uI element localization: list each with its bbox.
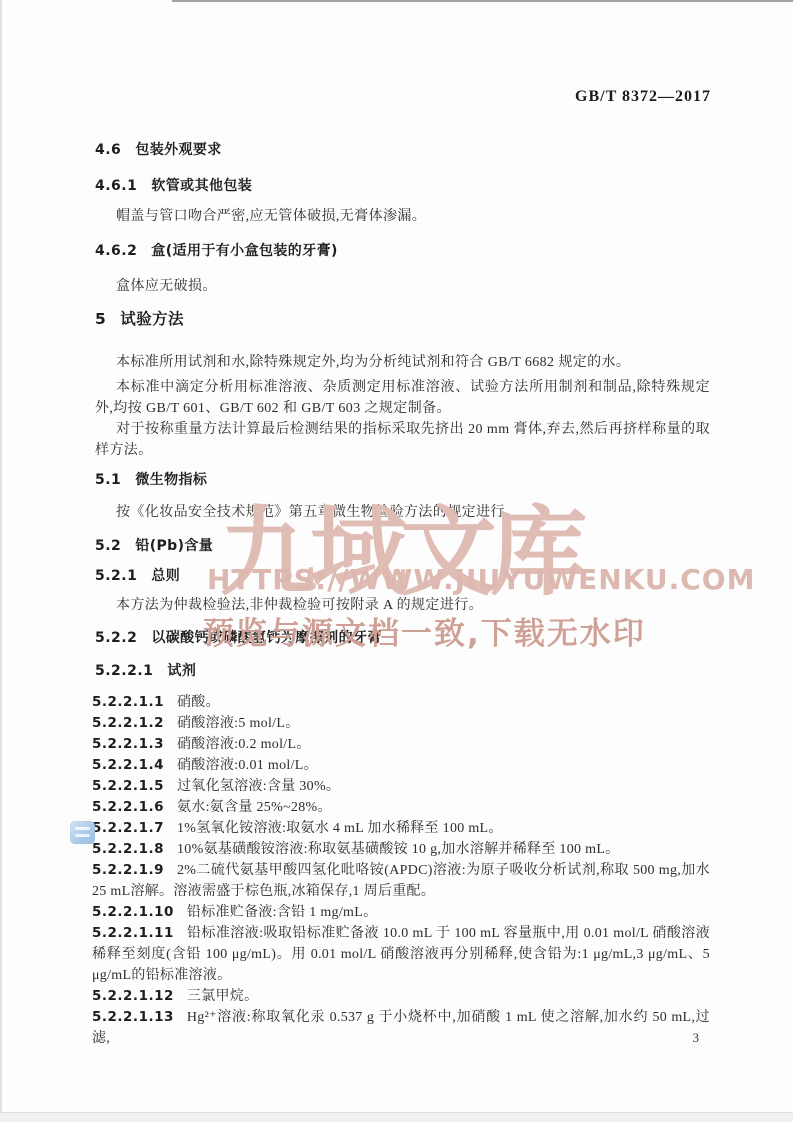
clause-title: 试剂 — [167, 663, 196, 679]
reagent-number: 5.2.2.1.12 — [92, 988, 174, 1004]
reagent-item: 5.2.2.1.71%氢氧化铵溶液:取氨水 4 mL 加水稀释至 100 mL。 — [92, 818, 710, 839]
scan-edge-top — [172, 0, 793, 2]
reagent-text: 铅标准溶液:吸取铅标准贮备液 10.0 mL 于 100 mL 容量瓶中,用 0… — [92, 926, 710, 983]
clause-heading-4-6-1: 4.6.1软管或其他包装 — [95, 176, 710, 196]
paragraph: 本方法为仲裁检验法,非仲裁检验可按附录 A 的规定进行。 — [95, 595, 710, 616]
reagent-number: 5.2.2.1.1 — [92, 694, 164, 710]
reagent-item: 5.2.2.1.6氨水:氨含量 25%~28%。 — [92, 797, 710, 818]
reagent-item: 5.2.2.1.5过氧化氢溶液:含量 30%。 — [92, 776, 710, 797]
document-page: 九域文库 HTTPS://WWW.JIUYUWENKU.COM 预览与源文档一致… — [0, 0, 793, 1122]
reagent-text: 过氧化氢溶液:含量 30%。 — [177, 779, 340, 794]
reagent-text: 1%氢氧化铵溶液:取氨水 4 mL 加水稀释至 100 mL。 — [177, 821, 503, 836]
page-number: 3 — [693, 1030, 700, 1046]
clause-title: 总则 — [151, 568, 180, 584]
reagent-number: 5.2.2.1.13 — [92, 1009, 174, 1025]
annotation-marker-line — [75, 834, 90, 837]
clause-number: 4.6 — [95, 140, 121, 160]
clause-number: 4.6.1 — [95, 176, 137, 196]
reagent-item: 5.2.2.1.13Hg²⁺溶液:称取氧化汞 0.537 g 于小烧杯中,加硝酸… — [92, 1007, 710, 1049]
reagent-item: 5.2.2.1.12三氯甲烷。 — [92, 986, 710, 1007]
clause-heading-5-1: 5.1微生物指标 — [95, 470, 710, 490]
reagent-text: 硝酸溶液:5 mol/L。 — [177, 716, 300, 731]
clause-title: 铅(Pb)含量 — [135, 538, 213, 554]
standard-code-header: GB/T 8372—2017 — [575, 88, 711, 106]
clause-title: 软管或其他包装 — [151, 178, 252, 194]
reagent-item: 5.2.2.1.1硝酸。 — [92, 692, 710, 713]
reagent-text: 2%二硫代氨基甲酸四氢化吡咯铵(APDC)溶液:为原子吸收分析试剂,称取 500… — [92, 863, 710, 899]
paragraph: 盒体应无破损。 — [95, 276, 710, 297]
reagent-number: 5.2.2.1.5 — [92, 778, 164, 794]
reagent-text: 硝酸溶液:0.2 mol/L。 — [177, 737, 311, 752]
reagent-item: 5.2.2.1.2硝酸溶液:5 mol/L。 — [92, 713, 710, 734]
reagent-item: 5.2.2.1.11铅标准溶液:吸取铅标准贮备液 10.0 mL 于 100 m… — [92, 923, 710, 986]
clause-number: 5 — [95, 309, 106, 329]
reagent-text: 10%氨基磺酸铵溶液:称取氨基磺酸铵 10 g,加水溶解并稀释至 100 mL。 — [177, 842, 620, 857]
reagent-number: 5.2.2.1.3 — [92, 736, 164, 752]
paragraph: 对于按称重量方法计算最后检测结果的指标采取先挤出 20 mm 膏体,弃去,然后再… — [95, 419, 710, 461]
reagent-text: 三氯甲烷。 — [187, 989, 259, 1004]
reagent-item: 5.2.2.1.92%二硫代氨基甲酸四氢化吡咯铵(APDC)溶液:为原子吸收分析… — [92, 860, 710, 902]
clause-number: 5.2.2.1 — [95, 661, 153, 681]
reagent-number: 5.2.2.1.11 — [92, 925, 174, 941]
clause-heading-4-6: 4.6包装外观要求 — [95, 140, 710, 160]
clause-heading-5-2-2: 5.2.2以碳酸钙或磷酸氢钙为摩擦剂的牙膏 — [95, 628, 710, 648]
reagent-number: 5.2.2.1.9 — [92, 862, 164, 878]
reagent-text: 硝酸。 — [177, 695, 220, 710]
reagent-text: 氨水:氨含量 25%~28%。 — [177, 800, 332, 815]
clause-number: 5.2 — [95, 536, 121, 556]
clause-title: 微生物指标 — [135, 472, 207, 488]
clause-title: 试验方法 — [120, 310, 184, 328]
paragraph: 帽盖与管口吻合严密,应无管体破损,无膏体渗漏。 — [95, 206, 710, 227]
clause-number: 5.2.2 — [95, 628, 137, 648]
scan-edge-left — [0, 0, 2, 1122]
reagent-item: 5.2.2.1.810%氨基磺酸铵溶液:称取氨基磺酸铵 10 g,加水溶解并稀释… — [92, 839, 710, 860]
clause-number: 5.1 — [95, 470, 121, 490]
reagent-number: 5.2.2.1.2 — [92, 715, 164, 731]
clause-title: 包装外观要求 — [135, 142, 221, 158]
reagent-number: 5.2.2.1.8 — [92, 841, 164, 857]
paragraph: 按《化妆品安全技术规范》第五章微生物检验方法的规定进行。 — [95, 502, 710, 523]
annotation-marker-line — [75, 827, 90, 830]
clause-title: 盒(适用于有小盒包装的牙膏) — [151, 243, 337, 259]
reagent-number: 5.2.2.1.4 — [92, 757, 164, 773]
reagent-item: 5.2.2.1.3硝酸溶液:0.2 mol/L。 — [92, 734, 710, 755]
clause-heading-5-2-2-1: 5.2.2.1试剂 — [95, 661, 710, 681]
clause-title: 以碳酸钙或磷酸氢钙为摩擦剂的牙膏 — [151, 630, 381, 646]
reagent-text: 铅标准贮备液:含铅 1 mg/mL。 — [187, 905, 378, 920]
scan-edge-bottom — [0, 1112, 793, 1122]
clause-heading-4-6-2: 4.6.2盒(适用于有小盒包装的牙膏) — [95, 241, 710, 261]
reagent-number: 5.2.2.1.7 — [92, 820, 164, 836]
clause-heading-5-2: 5.2铅(Pb)含量 — [95, 536, 710, 556]
annotation-marker-icon[interactable] — [70, 821, 95, 844]
clause-number: 5.2.1 — [95, 566, 137, 586]
reagent-item: 5.2.2.1.4硝酸溶液:0.01 mol/L。 — [92, 755, 710, 776]
paragraph: 本标准所用试剂和水,除特殊规定外,均为分析纯试剂和符合 GB/T 6682 规定… — [95, 352, 710, 373]
clause-number: 4.6.2 — [95, 241, 137, 261]
reagent-number: 5.2.2.1.6 — [92, 799, 164, 815]
reagent-text: 硝酸溶液:0.01 mol/L。 — [177, 758, 318, 773]
paragraph: 本标准中滴定分析用标准溶液、杂质测定用标准溶液、试验方法所用制剂和制品,除特殊规… — [95, 377, 710, 419]
reagent-text: Hg²⁺溶液:称取氧化汞 0.537 g 于小烧杯中,加硝酸 1 mL 使之溶解… — [92, 1010, 710, 1046]
reagent-item: 5.2.2.1.10铅标准贮备液:含铅 1 mg/mL。 — [92, 902, 710, 923]
clause-heading-5-2-1: 5.2.1总则 — [95, 566, 710, 586]
reagent-number: 5.2.2.1.10 — [92, 904, 174, 920]
clause-heading-5: 5试验方法 — [95, 309, 710, 329]
